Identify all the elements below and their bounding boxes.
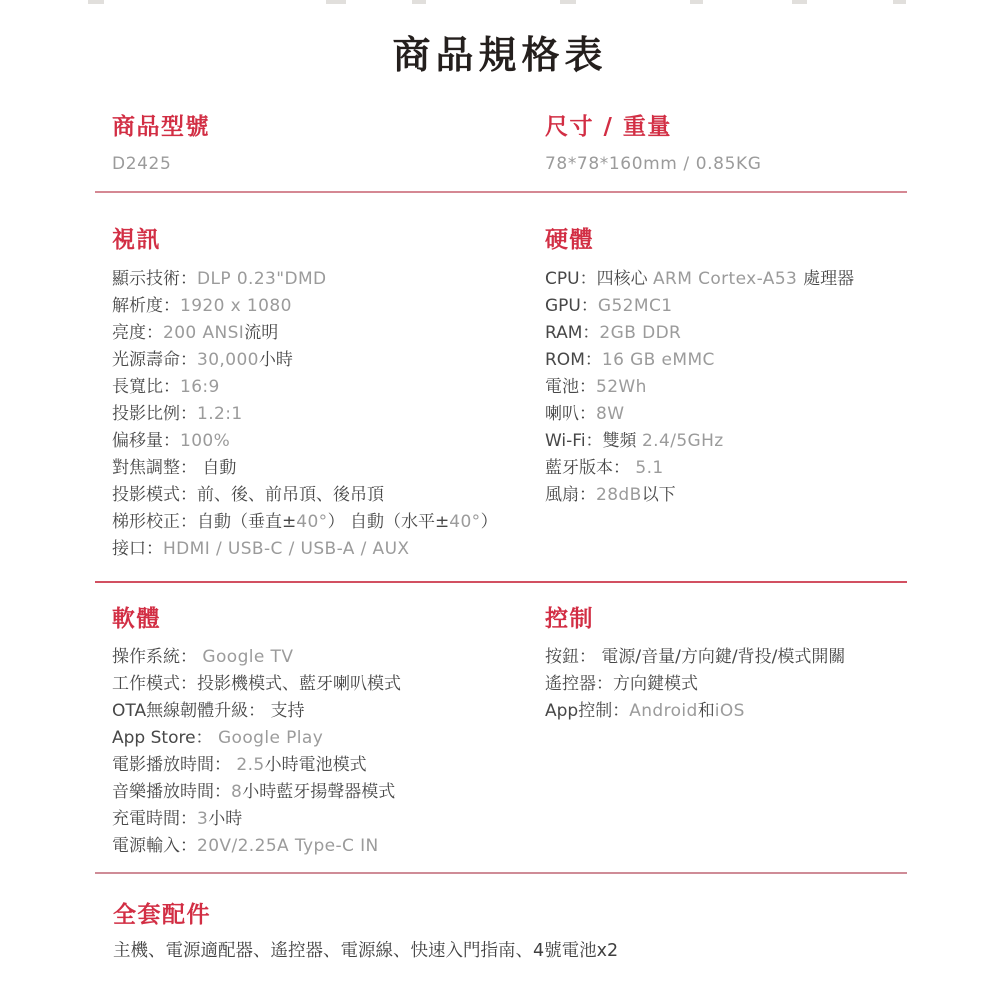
spec-rows-hardware: CPU：四核心 ARM Cortex-A53 處理器GPU：G52MC1RAM：…	[545, 266, 854, 509]
spec-value: 16:9	[180, 377, 220, 397]
spec-value: Google TV	[197, 647, 293, 667]
spec-label: 對焦調整：	[112, 458, 197, 478]
spec-label: 電影播放時間：	[112, 755, 231, 775]
spec-row: 光源壽命：30,000小時	[112, 347, 498, 374]
spec-rows-video: 顯示技術：DLP 0.23"DMD解析度：1920 x 1080亮度：200 A…	[112, 266, 498, 563]
cropped-content-artifact	[412, 0, 426, 4]
spec-row: 工作模式：投影機模式、藍牙喇叭模式	[112, 671, 401, 698]
cropped-content-artifact	[690, 0, 703, 4]
dimensions-weight-heading: 尺寸 / 重量	[545, 108, 672, 141]
section-heading-video: 視訊	[112, 221, 161, 254]
spec-label: ROM：	[545, 350, 602, 370]
spec-value: G52MC1	[598, 296, 673, 316]
spec-value: Android和iOS	[629, 701, 745, 721]
spec-row: 亮度：200 ANSI流明	[112, 320, 498, 347]
section-heading-software: 軟體	[112, 600, 161, 633]
section-heading-control: 控制	[545, 600, 594, 633]
spec-value: 方向鍵模式	[613, 674, 698, 694]
spec-label: App控制：	[545, 701, 629, 721]
spec-row: 電源輸入：20V/2.25A Type-C IN	[112, 833, 401, 860]
spec-label: RAM：	[545, 323, 599, 343]
spec-row: 遙控器：方向鍵模式	[545, 671, 845, 698]
spec-label: 偏移量：	[112, 431, 180, 451]
spec-label: 操作系統：	[112, 647, 197, 667]
spec-value: 52Wh	[596, 377, 647, 397]
spec-value: 支持	[265, 701, 304, 721]
spec-label: 顯示技術：	[112, 269, 197, 289]
spec-value: 3小時	[197, 809, 242, 829]
section-divider	[95, 581, 907, 583]
model-heading: 商品型號	[112, 108, 210, 141]
product-spec-sheet: 商品規格表 商品型號 D2425 尺寸 / 重量 78*78*160mm / 0…	[0, 0, 1000, 1000]
spec-row: 顯示技術：DLP 0.23"DMD	[112, 266, 498, 293]
cropped-content-artifact	[88, 0, 104, 4]
spec-label: 解析度：	[112, 296, 180, 316]
section-heading-hardware: 硬體	[545, 221, 594, 254]
spec-row: App控制：Android和iOS	[545, 698, 845, 725]
spec-value: 1920 x 1080	[180, 296, 292, 316]
spec-row: 長寬比：16:9	[112, 374, 498, 401]
model-value: D2425	[112, 154, 171, 174]
spec-row: 風扇：28dB以下	[545, 482, 854, 509]
spec-label: CPU：	[545, 269, 597, 289]
spec-rows-control: 按鈕： 電源/音量/方向鍵/背投/模式開關遙控器：方向鍵模式App控制：Andr…	[545, 644, 845, 725]
spec-row: 充電時間：3小時	[112, 806, 401, 833]
spec-label: 光源壽命：	[112, 350, 197, 370]
spec-row: 投影模式：前、後、前吊頂、後吊頂	[112, 482, 498, 509]
spec-value: 28dB以下	[596, 485, 676, 505]
spec-label: 喇叭：	[545, 404, 596, 424]
cropped-content-artifact	[326, 0, 346, 4]
spec-label: GPU：	[545, 296, 598, 316]
spec-value: 電源/音量/方向鍵/背投/模式開關	[596, 647, 845, 667]
spec-label: 投影比例：	[112, 404, 197, 424]
spec-row: App Store： Google Play	[112, 725, 401, 752]
spec-label: 電池：	[545, 377, 596, 397]
cropped-content-artifact	[792, 0, 807, 4]
spec-value: 前、後、前吊頂、後吊頂	[197, 485, 384, 505]
spec-rows-software: 操作系統： Google TV工作模式：投影機模式、藍牙喇叭模式OTA無線韌體升…	[112, 644, 401, 860]
spec-label: Wi-Fi：	[545, 431, 603, 451]
spec-row: 喇叭：8W	[545, 401, 854, 428]
spec-label: 風扇：	[545, 485, 596, 505]
spec-row: 解析度：1920 x 1080	[112, 293, 498, 320]
section-divider	[95, 191, 907, 193]
spec-value: HDMI / USB-C / USB-A / AUX	[163, 539, 409, 559]
spec-label: 按鈕：	[545, 647, 596, 667]
spec-value: 20V/2.25A Type-C IN	[197, 836, 379, 856]
spec-row: 按鈕： 電源/音量/方向鍵/背投/模式開關	[545, 644, 845, 671]
spec-label: 充電時間：	[112, 809, 197, 829]
spec-value: 1.2:1	[197, 404, 243, 424]
spec-label: App Store：	[112, 728, 213, 748]
spec-row: 接口：HDMI / USB-C / USB-A / AUX	[112, 536, 498, 563]
spec-value: Google Play	[213, 728, 324, 748]
spec-value: 2GB DDR	[599, 323, 681, 343]
spec-value: 16 GB eMMC	[602, 350, 715, 370]
spec-row: Wi-Fi：雙頻 2.4/5GHz	[545, 428, 854, 455]
spec-label: 音樂播放時間：	[112, 782, 231, 802]
spec-row: 梯形校正：自動（垂直±40°） 自動（水平±40°）	[112, 509, 498, 536]
spec-label: 投影模式：	[112, 485, 197, 505]
spec-value: 8W	[596, 404, 624, 424]
spec-row: 音樂播放時間：8小時藍牙揚聲器模式	[112, 779, 401, 806]
spec-label: 接口：	[112, 539, 163, 559]
spec-row: GPU：G52MC1	[545, 293, 854, 320]
spec-value: 雙頻 2.4/5GHz	[603, 431, 724, 451]
spec-value: 100%	[180, 431, 230, 451]
spec-value: DLP 0.23"DMD	[197, 269, 327, 289]
spec-row: 藍牙版本： 5.1	[545, 455, 854, 482]
spec-row: ROM：16 GB eMMC	[545, 347, 854, 374]
spec-label: 長寬比：	[112, 377, 180, 397]
spec-row: 偏移量：100%	[112, 428, 498, 455]
spec-label: 亮度：	[112, 323, 163, 343]
cropped-content-artifact	[893, 0, 906, 4]
spec-row: OTA無線韌體升級： 支持	[112, 698, 401, 725]
spec-row: 投影比例：1.2:1	[112, 401, 498, 428]
section-divider	[95, 872, 907, 874]
spec-value: 2.5小時電池模式	[231, 755, 367, 775]
spec-label: 梯形校正：	[112, 512, 197, 532]
spec-label: 電源輸入：	[112, 836, 197, 856]
spec-row: 電池：52Wh	[545, 374, 854, 401]
spec-row: CPU：四核心 ARM Cortex-A53 處理器	[545, 266, 854, 293]
section-heading-accessories: 全套配件	[113, 896, 211, 929]
cropped-content-artifact	[560, 0, 576, 4]
spec-label: 藍牙版本：	[545, 458, 630, 478]
spec-row: RAM：2GB DDR	[545, 320, 854, 347]
spec-value: 8小時藍牙揚聲器模式	[231, 782, 395, 802]
page-title: 商品規格表	[0, 24, 1000, 79]
spec-row: 對焦調整： 自動	[112, 455, 498, 482]
spec-value: 200 ANSI流明	[163, 323, 278, 343]
spec-label: 工作模式：	[112, 674, 197, 694]
dimensions-weight-value: 78*78*160mm / 0.85KG	[545, 154, 762, 174]
spec-value: 30,000小時	[197, 350, 293, 370]
spec-label: OTA無線韌體升級：	[112, 701, 265, 721]
spec-value: 四核心 ARM Cortex-A53 處理器	[597, 269, 855, 289]
spec-value: 5.1	[630, 458, 664, 478]
spec-value: 自動（垂直±40°） 自動（水平±40°）	[197, 512, 498, 532]
accessories-list: 主機、電源適配器、遙控器、電源線、快速入門指南、4號電池x2	[113, 937, 618, 962]
spec-value: 自動	[197, 458, 236, 478]
spec-row: 操作系統： Google TV	[112, 644, 401, 671]
spec-row: 電影播放時間： 2.5小時電池模式	[112, 752, 401, 779]
spec-value: 投影機模式、藍牙喇叭模式	[197, 674, 401, 694]
spec-label: 遙控器：	[545, 674, 613, 694]
